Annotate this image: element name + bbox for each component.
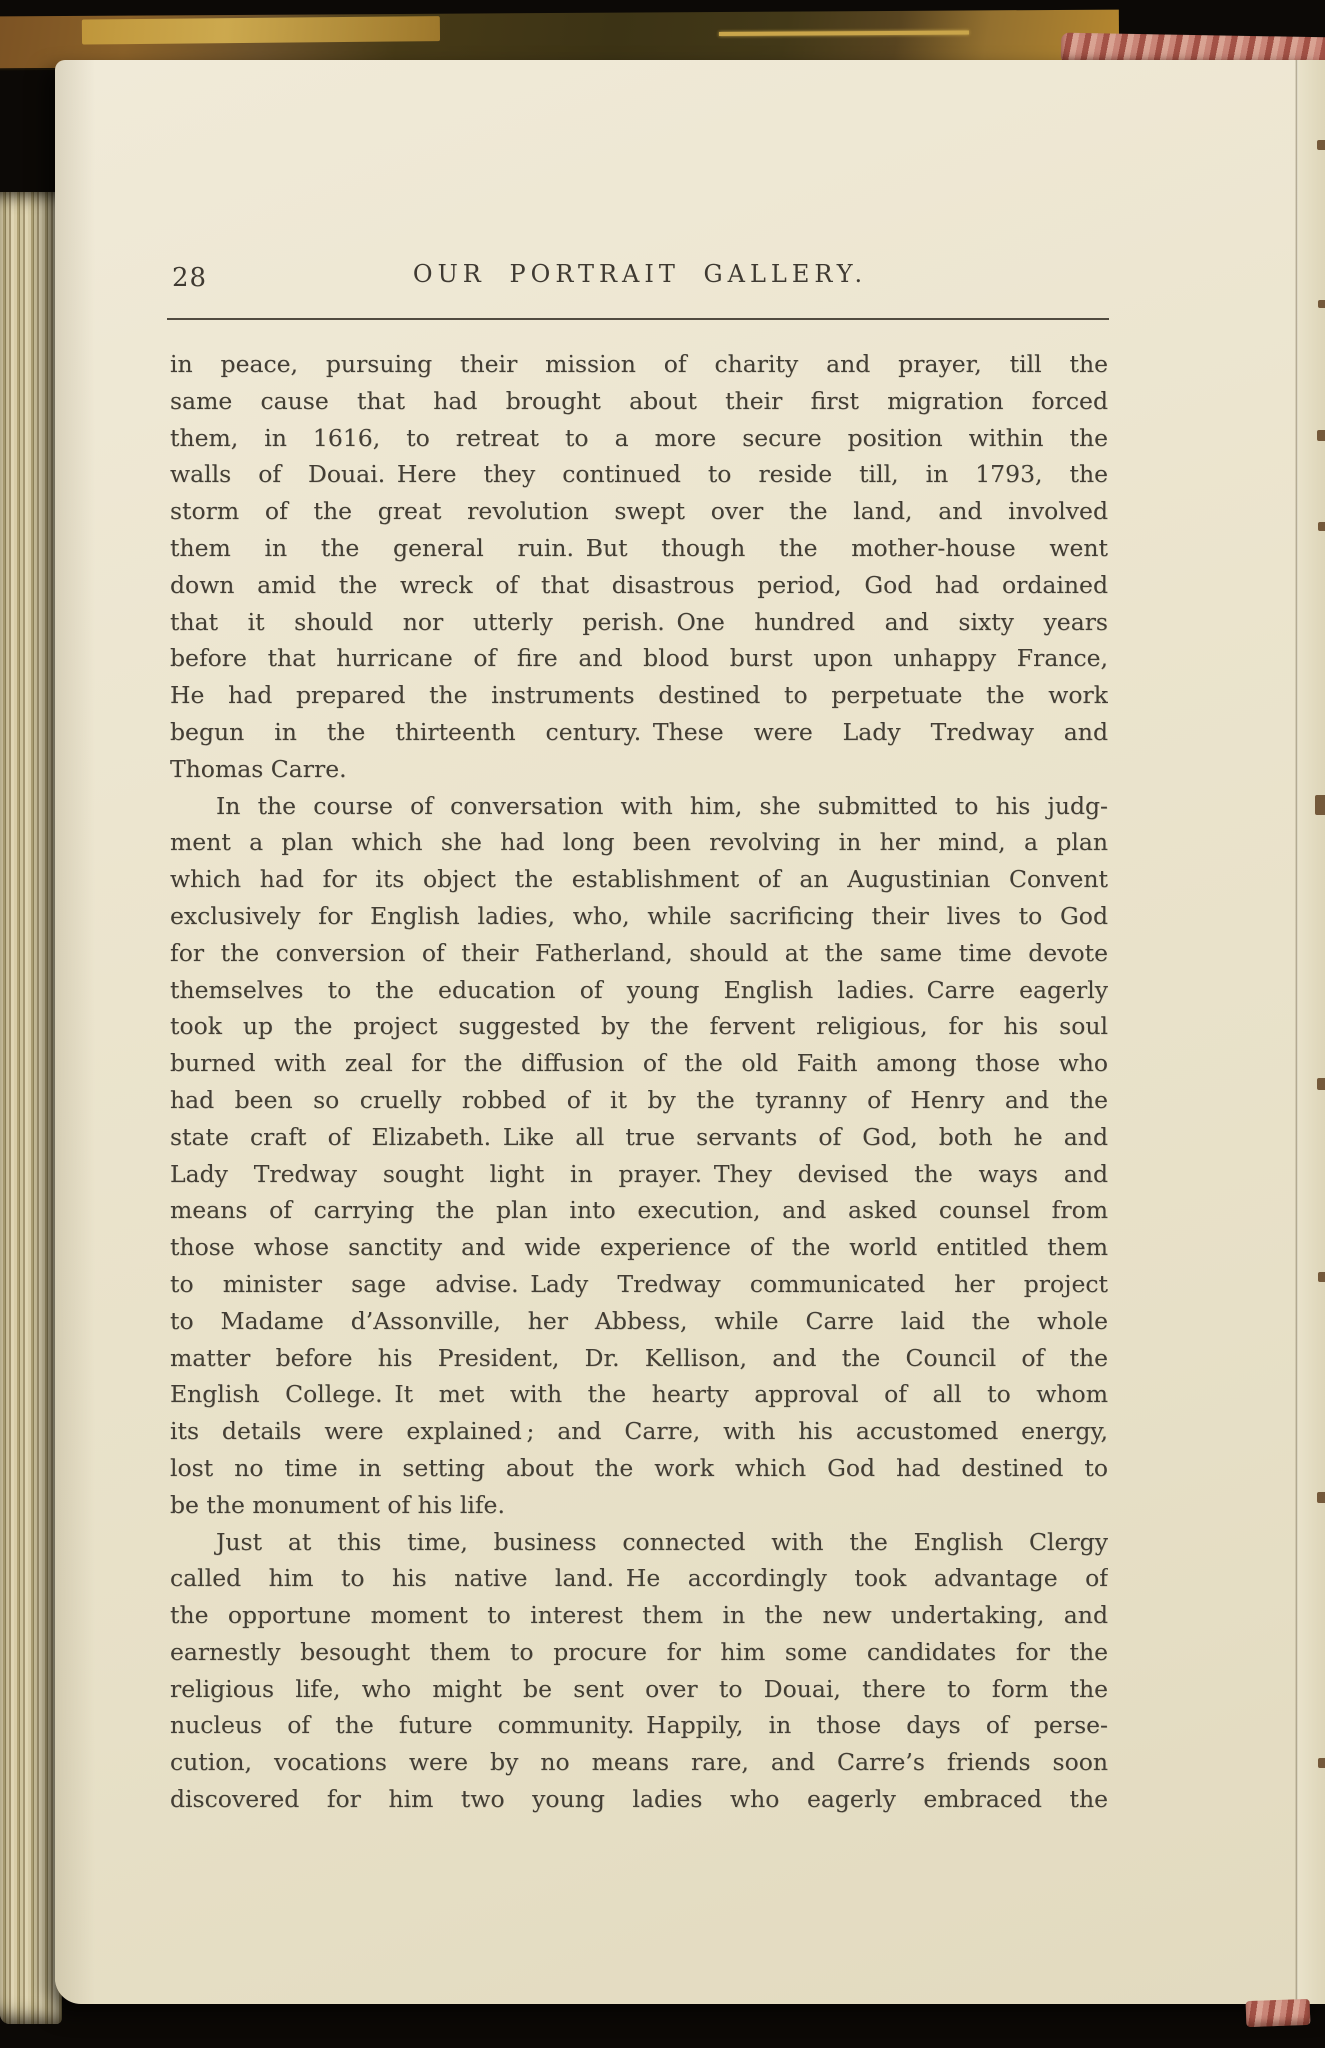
book-photo: 28 OUR PORTRAIT GALLERY. in peace, pursu…: [0, 0, 1325, 2048]
page-fore-edge: [1298, 60, 1325, 2004]
text-line: Just at this time, business connected wi…: [170, 1524, 1108, 1561]
text-line: religious life, who might be sent over t…: [170, 1671, 1108, 1708]
page-number: 28: [172, 263, 207, 293]
text-line: walls of Douai. Here they continued to r…: [170, 456, 1108, 493]
text-line: which had for its object the establishme…: [170, 861, 1108, 898]
text-line: to minister sage advise. Lady Tredway co…: [170, 1266, 1108, 1303]
edge-mark: [1317, 140, 1325, 150]
text-line: English College. It met with the hearty …: [170, 1376, 1108, 1413]
text-line: those whose sanctity and wide experience…: [170, 1229, 1108, 1266]
text-line: the opportune moment to interest them in…: [170, 1597, 1108, 1634]
text-line: be the monument of his life.: [170, 1487, 1108, 1524]
text-line: its details were explained ; and Carre, …: [170, 1413, 1108, 1450]
page-edges-stack: [0, 192, 62, 2024]
text-line: them in the general ruin. But though the…: [170, 530, 1108, 567]
text-line: ment a plan which she had long been revo…: [170, 824, 1108, 861]
text-line: in peace, pursuing their mission of char…: [170, 346, 1108, 383]
text-line: for the conversion of their Fatherland, …: [170, 935, 1108, 972]
text-line: He had prepared the instruments destined…: [170, 677, 1108, 714]
text-line: storm of the great revolution swept over…: [170, 493, 1108, 530]
text-line: before that hurricane of fire and blood …: [170, 640, 1108, 677]
text-line: burned with zeal for the diffusion of th…: [170, 1045, 1108, 1082]
edge-mark: [1317, 1492, 1325, 1503]
text-line: nucleus of the future community. Happily…: [170, 1707, 1108, 1744]
book-page: 28 OUR PORTRAIT GALLERY. in peace, pursu…: [55, 60, 1325, 2004]
page-fore-edge-crease: [1295, 60, 1298, 2004]
text-line: had been so cruelly robbed of it by the …: [170, 1082, 1108, 1119]
text-line: matter before his President, Dr. Kelliso…: [170, 1340, 1108, 1377]
text-line: same cause that had brought about their …: [170, 383, 1108, 420]
text-line: discovered for him two young ladies who …: [170, 1781, 1108, 1818]
edge-mark: [1317, 1078, 1325, 1090]
edge-mark: [1318, 1272, 1325, 1282]
text-line: that it should nor utterly perish. One h…: [170, 604, 1108, 641]
text-line: them, in 1616, to retreat to a more secu…: [170, 420, 1108, 457]
edge-mark: [1318, 1758, 1325, 1768]
text-line: Lady Tredway sought light in prayer. The…: [170, 1156, 1108, 1193]
edge-mark: [1315, 795, 1325, 815]
cover-gilt-tooling-line: [719, 30, 969, 36]
text-line: down amid the wreck of that disastrous p…: [170, 567, 1108, 604]
page-header: 28 OUR PORTRAIT GALLERY.: [170, 260, 1110, 296]
text-line: lost no time in setting about the work w…: [170, 1450, 1108, 1487]
gutter-shading: [55, 60, 95, 2004]
text-line: state craft of Elizabeth. Like all true …: [170, 1119, 1108, 1156]
text-line: begun in the thirteenth century. These w…: [170, 714, 1108, 751]
cover-gilt-patch: [82, 16, 440, 44]
text-line: exclusively for English ladies, who, whi…: [170, 898, 1108, 935]
text-line: took up the project suggested by the fer…: [170, 1008, 1108, 1045]
running-title: OUR PORTRAIT GALLERY.: [170, 260, 1110, 288]
header-rule: [167, 318, 1109, 320]
endband-bottom: [1246, 1999, 1311, 2027]
page-text: in peace, pursuing their mission of char…: [170, 346, 1108, 1818]
text-line: In the course of conversation with him, …: [170, 788, 1108, 825]
text-line: cution, vocations were by no means rare,…: [170, 1744, 1108, 1781]
text-line: means of carrying the plan into executio…: [170, 1192, 1108, 1229]
text-line: called him to his native land. He accord…: [170, 1560, 1108, 1597]
text-line: to Madame d’Assonville, her Abbess, whil…: [170, 1303, 1108, 1340]
text-line: Thomas Carre.: [170, 751, 1108, 788]
edge-mark: [1318, 300, 1325, 308]
edge-mark: [1317, 430, 1325, 441]
edge-mark: [1318, 522, 1325, 531]
text-line: themselves to the education of young Eng…: [170, 972, 1108, 1009]
text-line: earnestly besought them to procure for h…: [170, 1634, 1108, 1671]
